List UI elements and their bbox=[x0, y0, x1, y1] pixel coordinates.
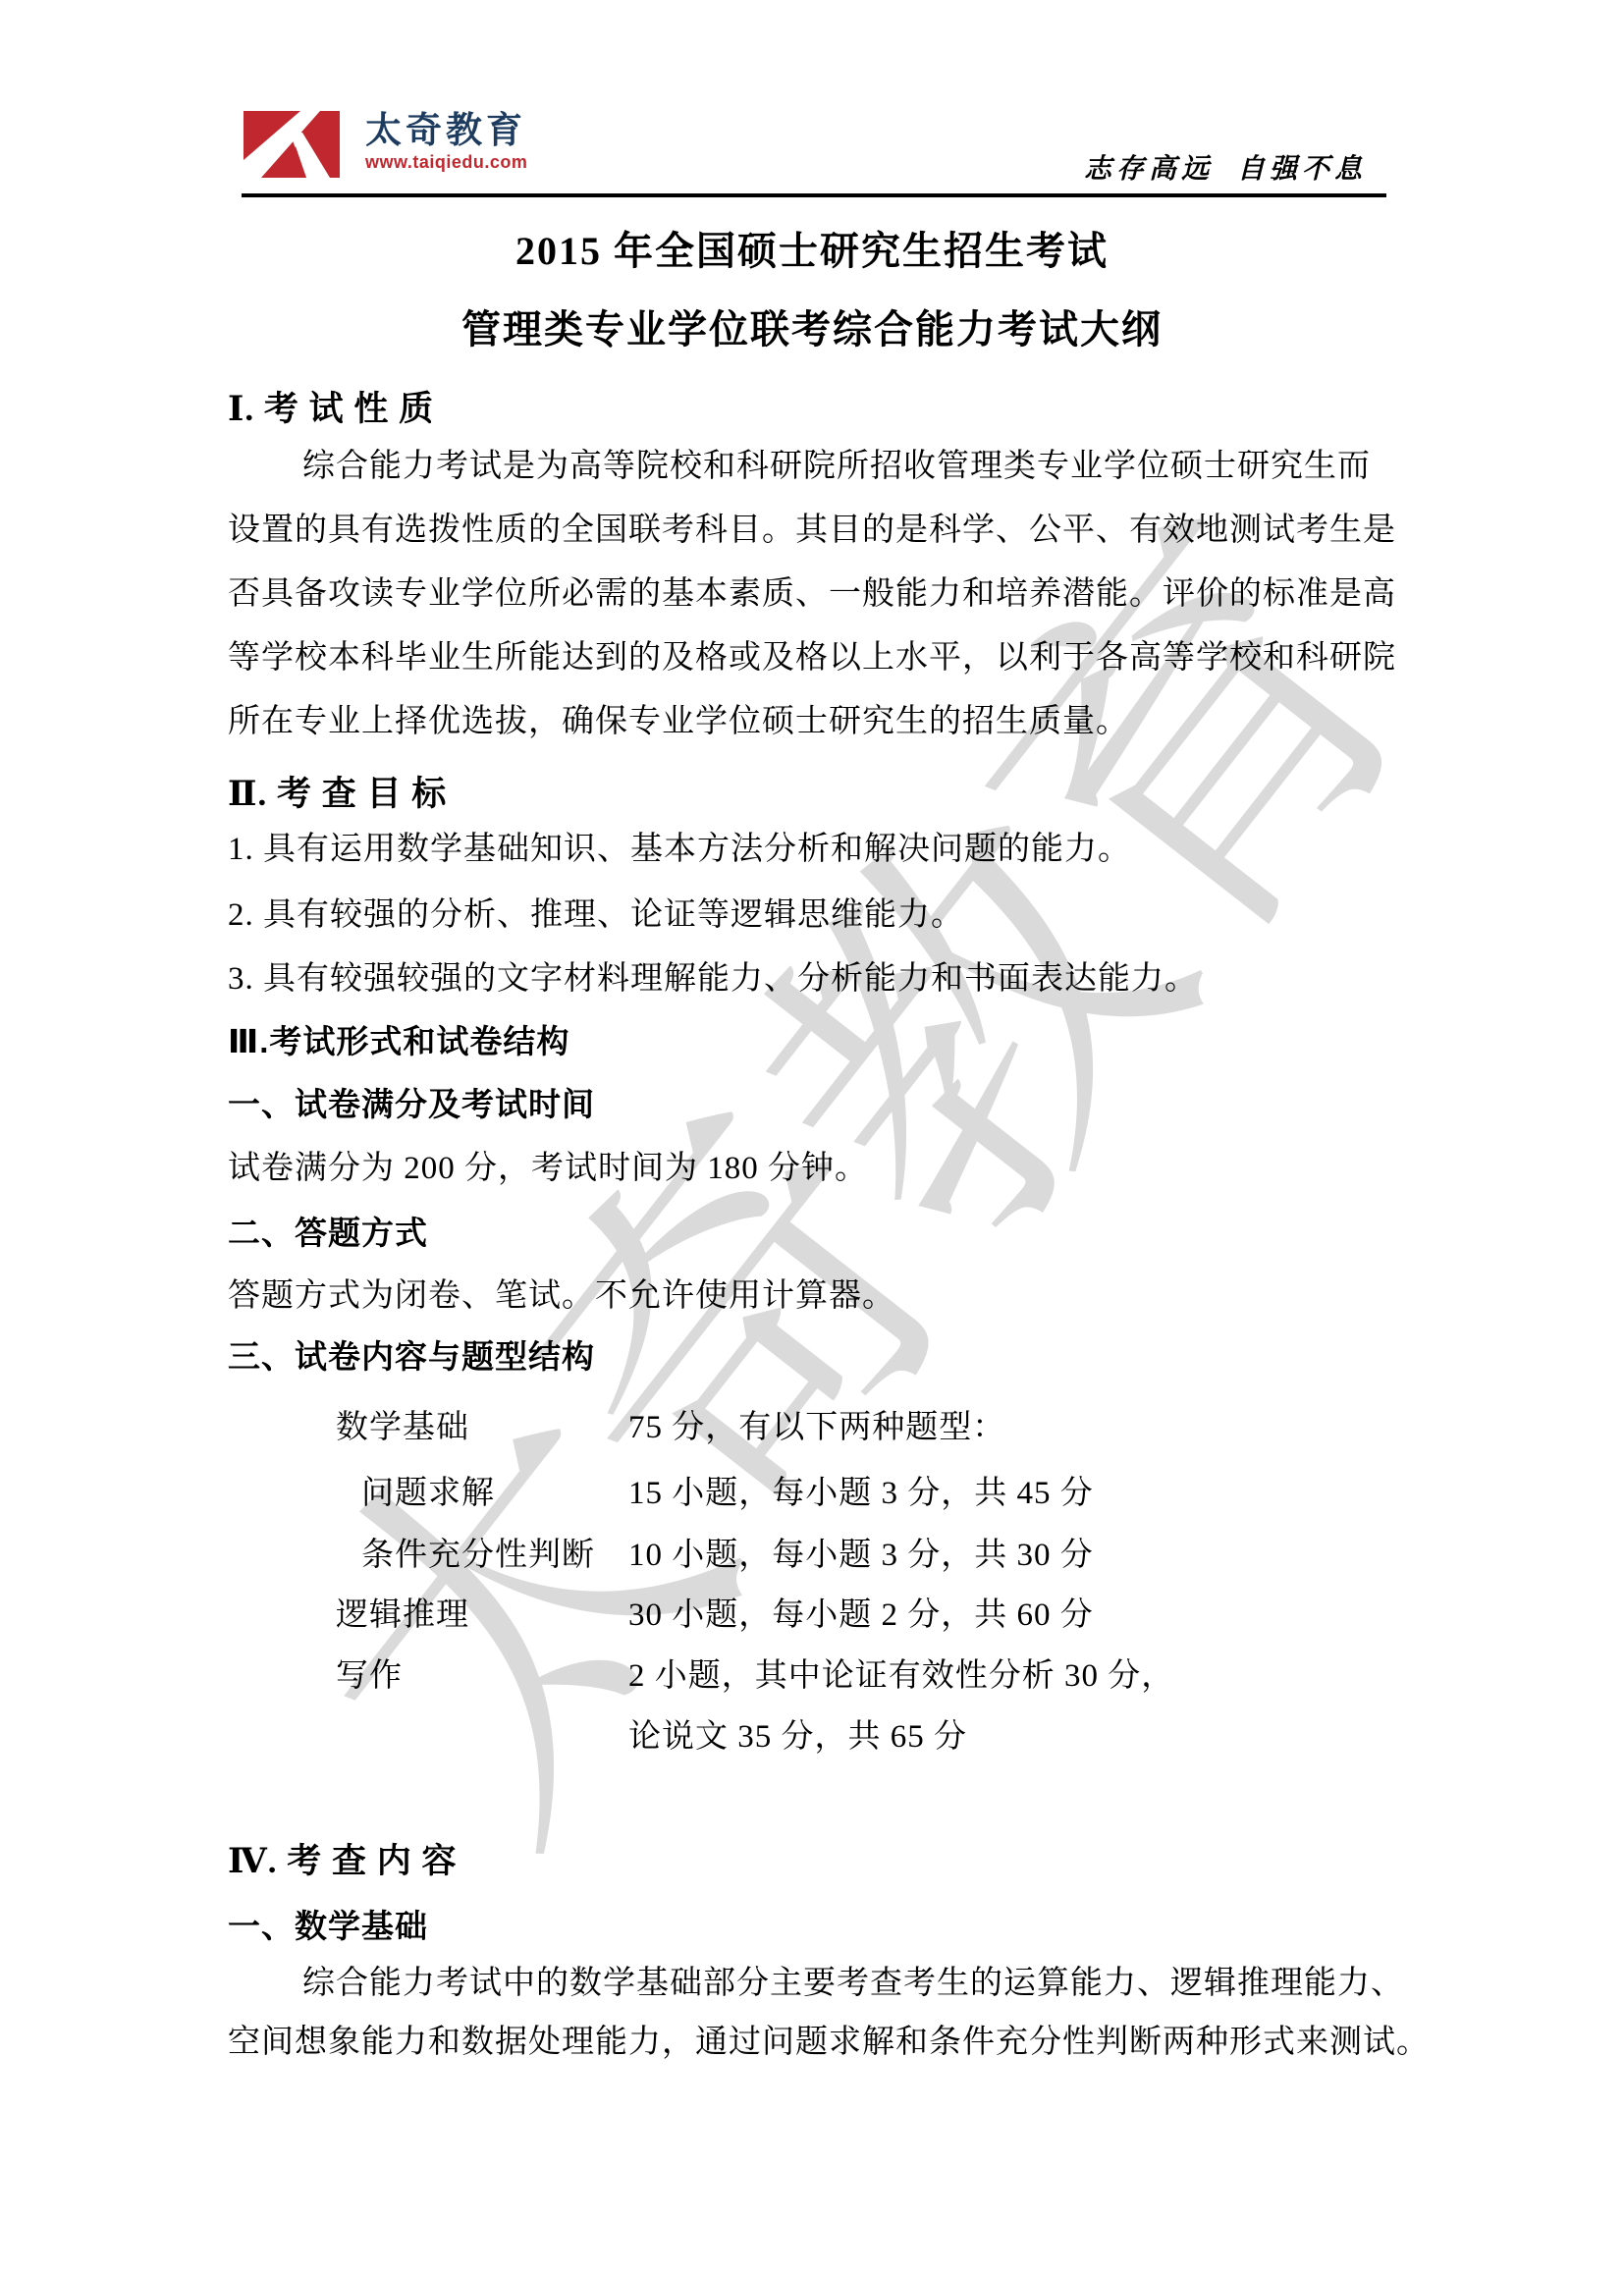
table-row-label: 写作 bbox=[336, 1650, 403, 1696]
logo-text-block: 太奇教育 www.taiqiedu.com bbox=[365, 111, 527, 174]
section-3-heading: Ⅲ.考试形式和试卷结构 bbox=[228, 1021, 569, 1061]
table-row-label: 数学基础 bbox=[336, 1401, 469, 1447]
page-title-line2: 管理类专业学位联考综合能力考试大纲 bbox=[228, 298, 1396, 354]
list-item: 3. 具有较强较强的文字材料理解能力、分析能力和书面表达能力。 bbox=[228, 959, 1198, 1000]
subsection-heading: 一、试卷满分及考试时间 bbox=[228, 1084, 595, 1124]
table-row-label: 逻辑推理 bbox=[336, 1589, 469, 1635]
table-row-desc: 30 小题，每小题 2 分，共 60 分 bbox=[628, 1589, 1094, 1635]
paragraph-line: 综合能力考试中的数学基础部分主要考查考生的运算能力、逻辑推理能力、 bbox=[302, 1964, 1404, 2004]
table-row-label: 条件充分性判断 bbox=[361, 1529, 595, 1575]
table-row-label: 问题求解 bbox=[361, 1467, 495, 1513]
paragraph-line: 设置的具有选拨性质的全国联考科目。其目的是科学、公平、有效地测试考生是 bbox=[228, 511, 1396, 551]
table-row-desc: 15 小题，每小题 3 分，共 45 分 bbox=[628, 1467, 1094, 1513]
paragraph-line: 所在专业上择优选拔，确保专业学位硕士研究生的招生质量。 bbox=[228, 702, 1129, 742]
letterhead: 太奇教育 www.taiqiedu.com bbox=[244, 111, 527, 178]
page-content: 太奇教育 www.taiqiedu.com 志存高远 自强不息 2015 年全国… bbox=[0, 0, 1624, 2274]
header-rule bbox=[242, 193, 1386, 197]
paragraph-line: 空间想象能力和数据处理能力，通过问题求解和条件充分性判断两种形式来测试。 bbox=[228, 2023, 1430, 2063]
subsection-heading: 二、答题方式 bbox=[228, 1213, 428, 1253]
section-1-heading: Ⅰ. 考 试 性 质 bbox=[228, 388, 434, 431]
motto-calligraphy: 志存高远 自强不息 bbox=[1084, 147, 1367, 187]
brand-name: 太奇教育 bbox=[365, 111, 527, 150]
brand-url: www.taiqiedu.com bbox=[365, 150, 527, 174]
taiqi-logo-icon bbox=[244, 111, 340, 178]
table-row-desc: 75 分，有以下两种题型： bbox=[628, 1401, 1005, 1447]
list-item: 2. 具有较强的分析、推理、论证等逻辑思维能力。 bbox=[228, 895, 964, 936]
paragraph-line: 综合能力考试是为高等院校和科研院所招收管理类专业学位硕士研究生而 bbox=[302, 447, 1371, 487]
paragraph-line: 试卷满分为 200 分，考试时间为 180 分钟。 bbox=[228, 1149, 868, 1189]
table-row-desc: 10 小题，每小题 3 分，共 30 分 bbox=[628, 1529, 1094, 1575]
section-4-heading: Ⅳ. 考 查 内 容 bbox=[228, 1840, 457, 1883]
document-page: 太奇教育 太奇教育 www.taiqiedu.com 志存高远 自强不息 201… bbox=[0, 0, 1624, 2274]
list-item: 1. 具有运用数学基础知识、基本方法分析和解决问题的能力。 bbox=[228, 830, 1131, 870]
page-title-line1: 2015 年全国硕士研究生招生考试 bbox=[228, 220, 1396, 276]
section-2-heading: Ⅱ. 考 查 目 标 bbox=[228, 773, 447, 816]
paragraph-line: 等学校本科毕业生所能达到的及格或及格以上水平，以利于各高等学校和科研院 bbox=[228, 638, 1396, 678]
subsection-heading: 三、试卷内容与题型结构 bbox=[228, 1336, 595, 1377]
table-row-desc: 2 小题，其中论证有效性分析 30 分， bbox=[628, 1650, 1174, 1696]
paragraph-line: 否具备攻读专业学位所必需的基本素质、一般能力和培养潜能。评价的标准是高 bbox=[228, 574, 1396, 615]
table-row-desc: 论说文 35 分，共 65 分 bbox=[628, 1710, 967, 1757]
subsection-heading: 一、数学基础 bbox=[228, 1906, 428, 1946]
paragraph-line: 答题方式为闭卷、笔试。不允许使用计算器。 bbox=[228, 1276, 895, 1317]
